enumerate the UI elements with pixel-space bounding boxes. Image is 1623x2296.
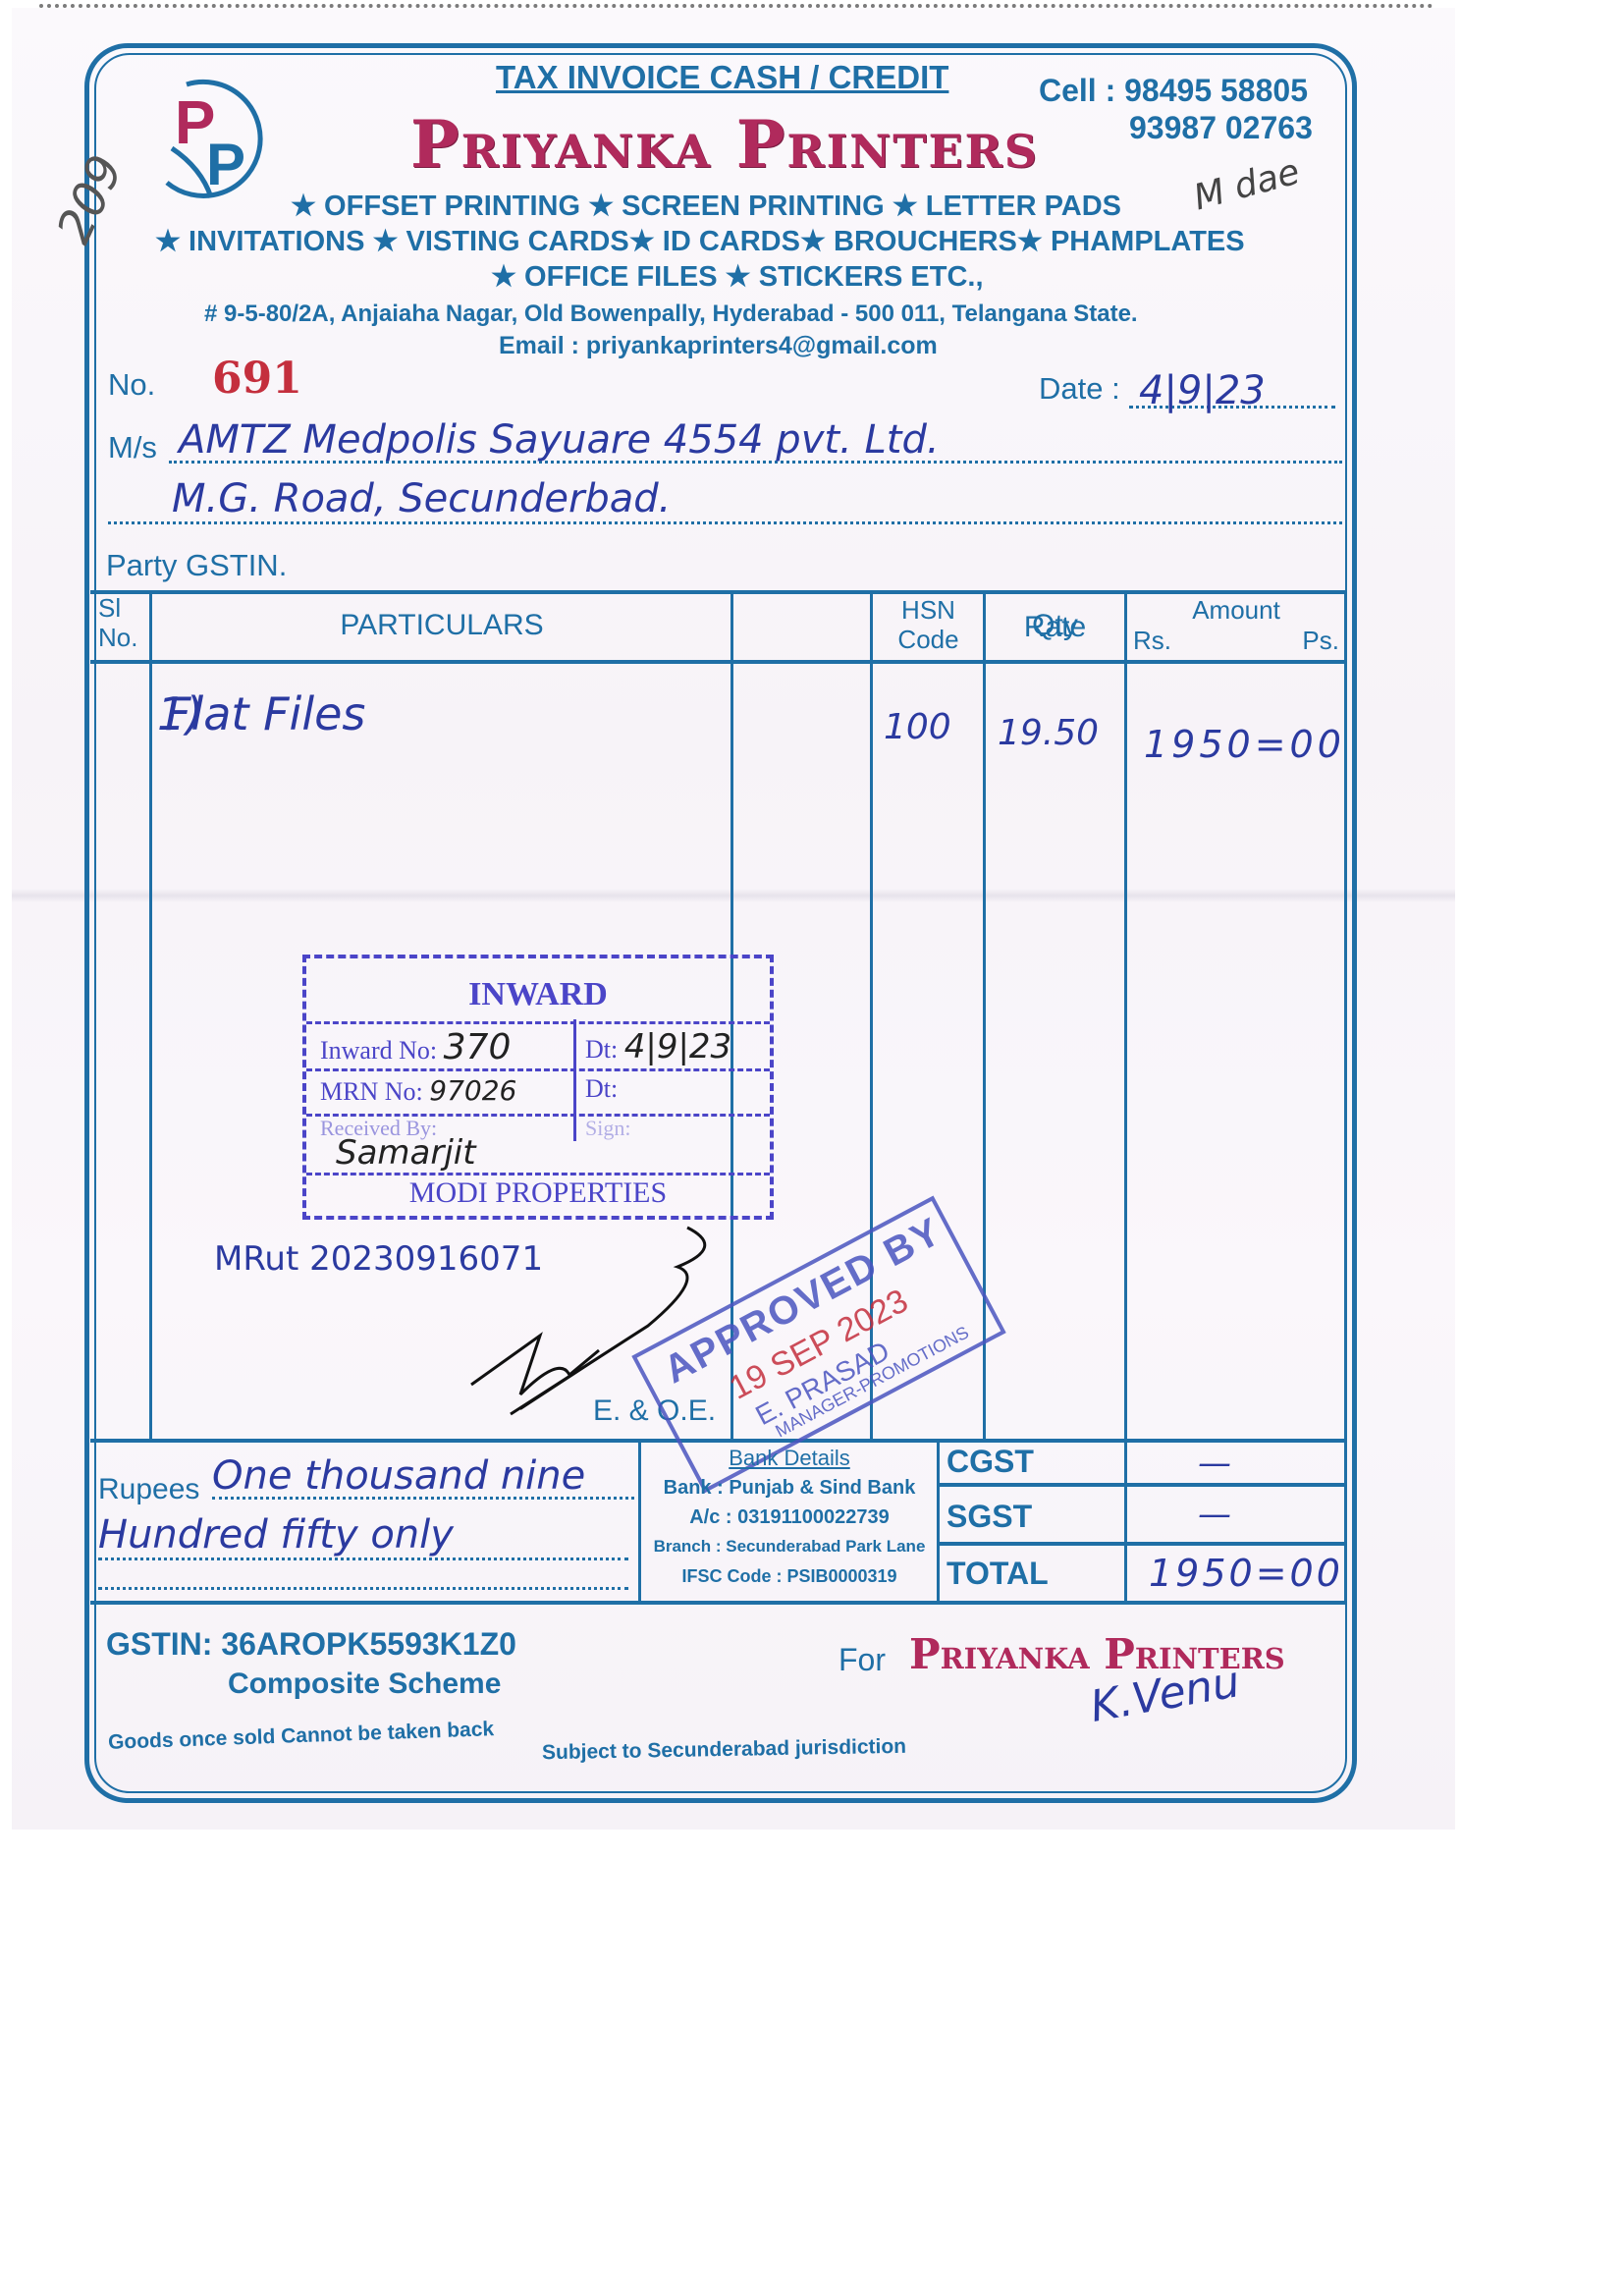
col-divider-rate	[1124, 590, 1127, 1441]
header-hsn-line2: Code	[872, 625, 985, 654]
services-line-1: ★ OFFSET PRINTING ★ SCREEN PRINTING ★ LE…	[291, 189, 1121, 223]
bank-account: A/c : 03191100022739	[642, 1503, 937, 1532]
amount-words-line-3	[98, 1573, 628, 1590]
services-line-3: ★ OFFICE FILES ★ STICKERS ETC.,	[491, 259, 984, 294]
bank-tax-divider	[937, 1439, 940, 1604]
total-value: 1950=00	[1149, 1552, 1343, 1595]
inward-date-label: Dt:	[585, 1035, 618, 1064]
header-sl: Sl No.	[98, 593, 149, 652]
header-ps: Ps.	[1302, 626, 1339, 656]
header-rs: Rs.	[1133, 626, 1171, 656]
bank-ifsc: IFSC Code : PSIB0000319	[642, 1561, 937, 1591]
header-hsn: HSN Code	[872, 595, 985, 654]
inward-date-value: 4|9|23	[624, 1027, 731, 1066]
bank-details-title: Bank Details	[642, 1444, 937, 1473]
sgst-value: —	[1198, 1495, 1231, 1534]
customer-address: M.G. Road, Secunderbad.	[108, 476, 671, 521]
header-hsn-line1: HSN	[872, 595, 985, 625]
amount-words-2: Hundred fifty only	[98, 1512, 454, 1558]
inward-date-field: Dt: 4|9|23	[585, 1027, 731, 1066]
company-email: Email : priyankaprinters4@gmail.com	[499, 332, 938, 360]
rupees-bank-divider	[638, 1439, 641, 1604]
sgst-label: SGST	[947, 1499, 1032, 1535]
cgst-label: CGST	[947, 1444, 1034, 1480]
mrn-no-field: MRN No: 97026	[320, 1074, 516, 1107]
date-label: Date :	[1039, 371, 1120, 407]
invoice-number: 691	[212, 354, 302, 404]
document-type: TAX INVOICE CASH / CREDIT	[496, 59, 948, 96]
inward-company: MODI PROPERTIES	[306, 1176, 770, 1210]
inward-title: INWARD	[306, 976, 770, 1013]
header-sl-line2: No.	[98, 623, 149, 652]
row-1-amount: 1950=00	[1144, 723, 1345, 766]
header-amount-label: Amount	[1127, 595, 1345, 626]
ms-label: M/s	[108, 430, 157, 465]
svg-text:P: P	[206, 132, 245, 197]
mrn-no-label: MRN No:	[320, 1077, 423, 1106]
bank-details: Bank Details Bank : Punjab & Sind Bank A…	[642, 1444, 937, 1591]
bank-branch: Branch : Secunderabad Park Lane	[642, 1532, 937, 1561]
mrn-date-label: Dt:	[585, 1074, 618, 1104]
company-gstin: GSTIN: 36AROPK5593K1Z0	[106, 1626, 516, 1663]
inward-no-value: 370	[444, 1027, 512, 1067]
row-1-particulars: Flat Files	[165, 687, 365, 740]
for-label: For	[839, 1642, 886, 1678]
customer-line-2-field: M.G. Road, Secunderbad.	[108, 476, 1342, 524]
company-logo: P P	[157, 75, 280, 202]
rupees-label: Rupees	[98, 1473, 199, 1506]
total-label: TOTAL	[947, 1556, 1049, 1592]
cell-label: Cell :	[1039, 73, 1115, 108]
totals-bottom-line	[90, 1601, 1347, 1605]
services-line-2: ★ INVITATIONS ★ VISTING CARDS★ ID CARDS★…	[155, 224, 1245, 258]
header-amount: Amount Rs. Ps.	[1127, 595, 1345, 656]
col-divider-sl	[149, 590, 152, 1441]
phone-number-2: 93987 02763	[1129, 110, 1313, 146]
tax-label-value-divider	[1124, 1439, 1127, 1604]
phone-number-1: 98495 58805	[1124, 73, 1308, 108]
cgst-value: —	[1198, 1444, 1231, 1483]
sign-label: Sign:	[585, 1116, 630, 1141]
date-field: 4|9|23	[1129, 368, 1335, 409]
amount-words-line-2: Hundred fifty only	[98, 1512, 628, 1560]
table-top-line	[90, 590, 1347, 594]
phone-1: Cell : 98495 58805	[1039, 73, 1308, 109]
cgst-bottom-line	[937, 1483, 1347, 1487]
received-by-value: Samarjit	[336, 1133, 476, 1173]
bank-name: Bank : Punjab & Sind Bank	[642, 1473, 937, 1503]
sgst-bottom-line	[937, 1542, 1347, 1546]
party-gstin-label: Party GSTIN.	[106, 548, 287, 583]
header-particulars: PARTICULARS	[152, 609, 731, 642]
date-value: 4|9|23	[1129, 368, 1266, 413]
inward-no-label: Inward No:	[320, 1036, 437, 1065]
mrn-no-value: 97026	[429, 1074, 516, 1107]
row-1-qty: 100	[884, 707, 951, 747]
company-address: # 9-5-80/2A, Anjaiaha Nagar, Old Bowenpa…	[204, 301, 1138, 328]
inward-no-field: Inward No: 370	[320, 1027, 511, 1067]
pp-logo-icon: P P	[157, 75, 280, 202]
table-header-bottom-line	[90, 660, 1347, 664]
invoice-no-label: No.	[108, 367, 155, 403]
customer-name: AMTZ Medpolis Sayuare 4554 pvt. Ltd.	[169, 417, 940, 463]
perforation-edge	[39, 4, 1434, 12]
customer-line-1-field: AMTZ Medpolis Sayuare 4554 pvt. Ltd.	[169, 417, 1342, 464]
row-1-rate: 19.50	[998, 713, 1099, 753]
inward-stamp: INWARD Inward No: 370 Dt: 4|9|23 MRN No:…	[302, 955, 774, 1220]
composite-scheme: Composite Scheme	[228, 1667, 501, 1701]
company-name: Priyanka Printers	[410, 106, 1039, 183]
amount-words-line-1: One thousand nine	[212, 1453, 634, 1500]
header-sl-line1: Sl	[98, 593, 149, 623]
amount-words-1: One thousand nine	[212, 1453, 585, 1499]
header-rate: Rate	[985, 611, 1125, 644]
